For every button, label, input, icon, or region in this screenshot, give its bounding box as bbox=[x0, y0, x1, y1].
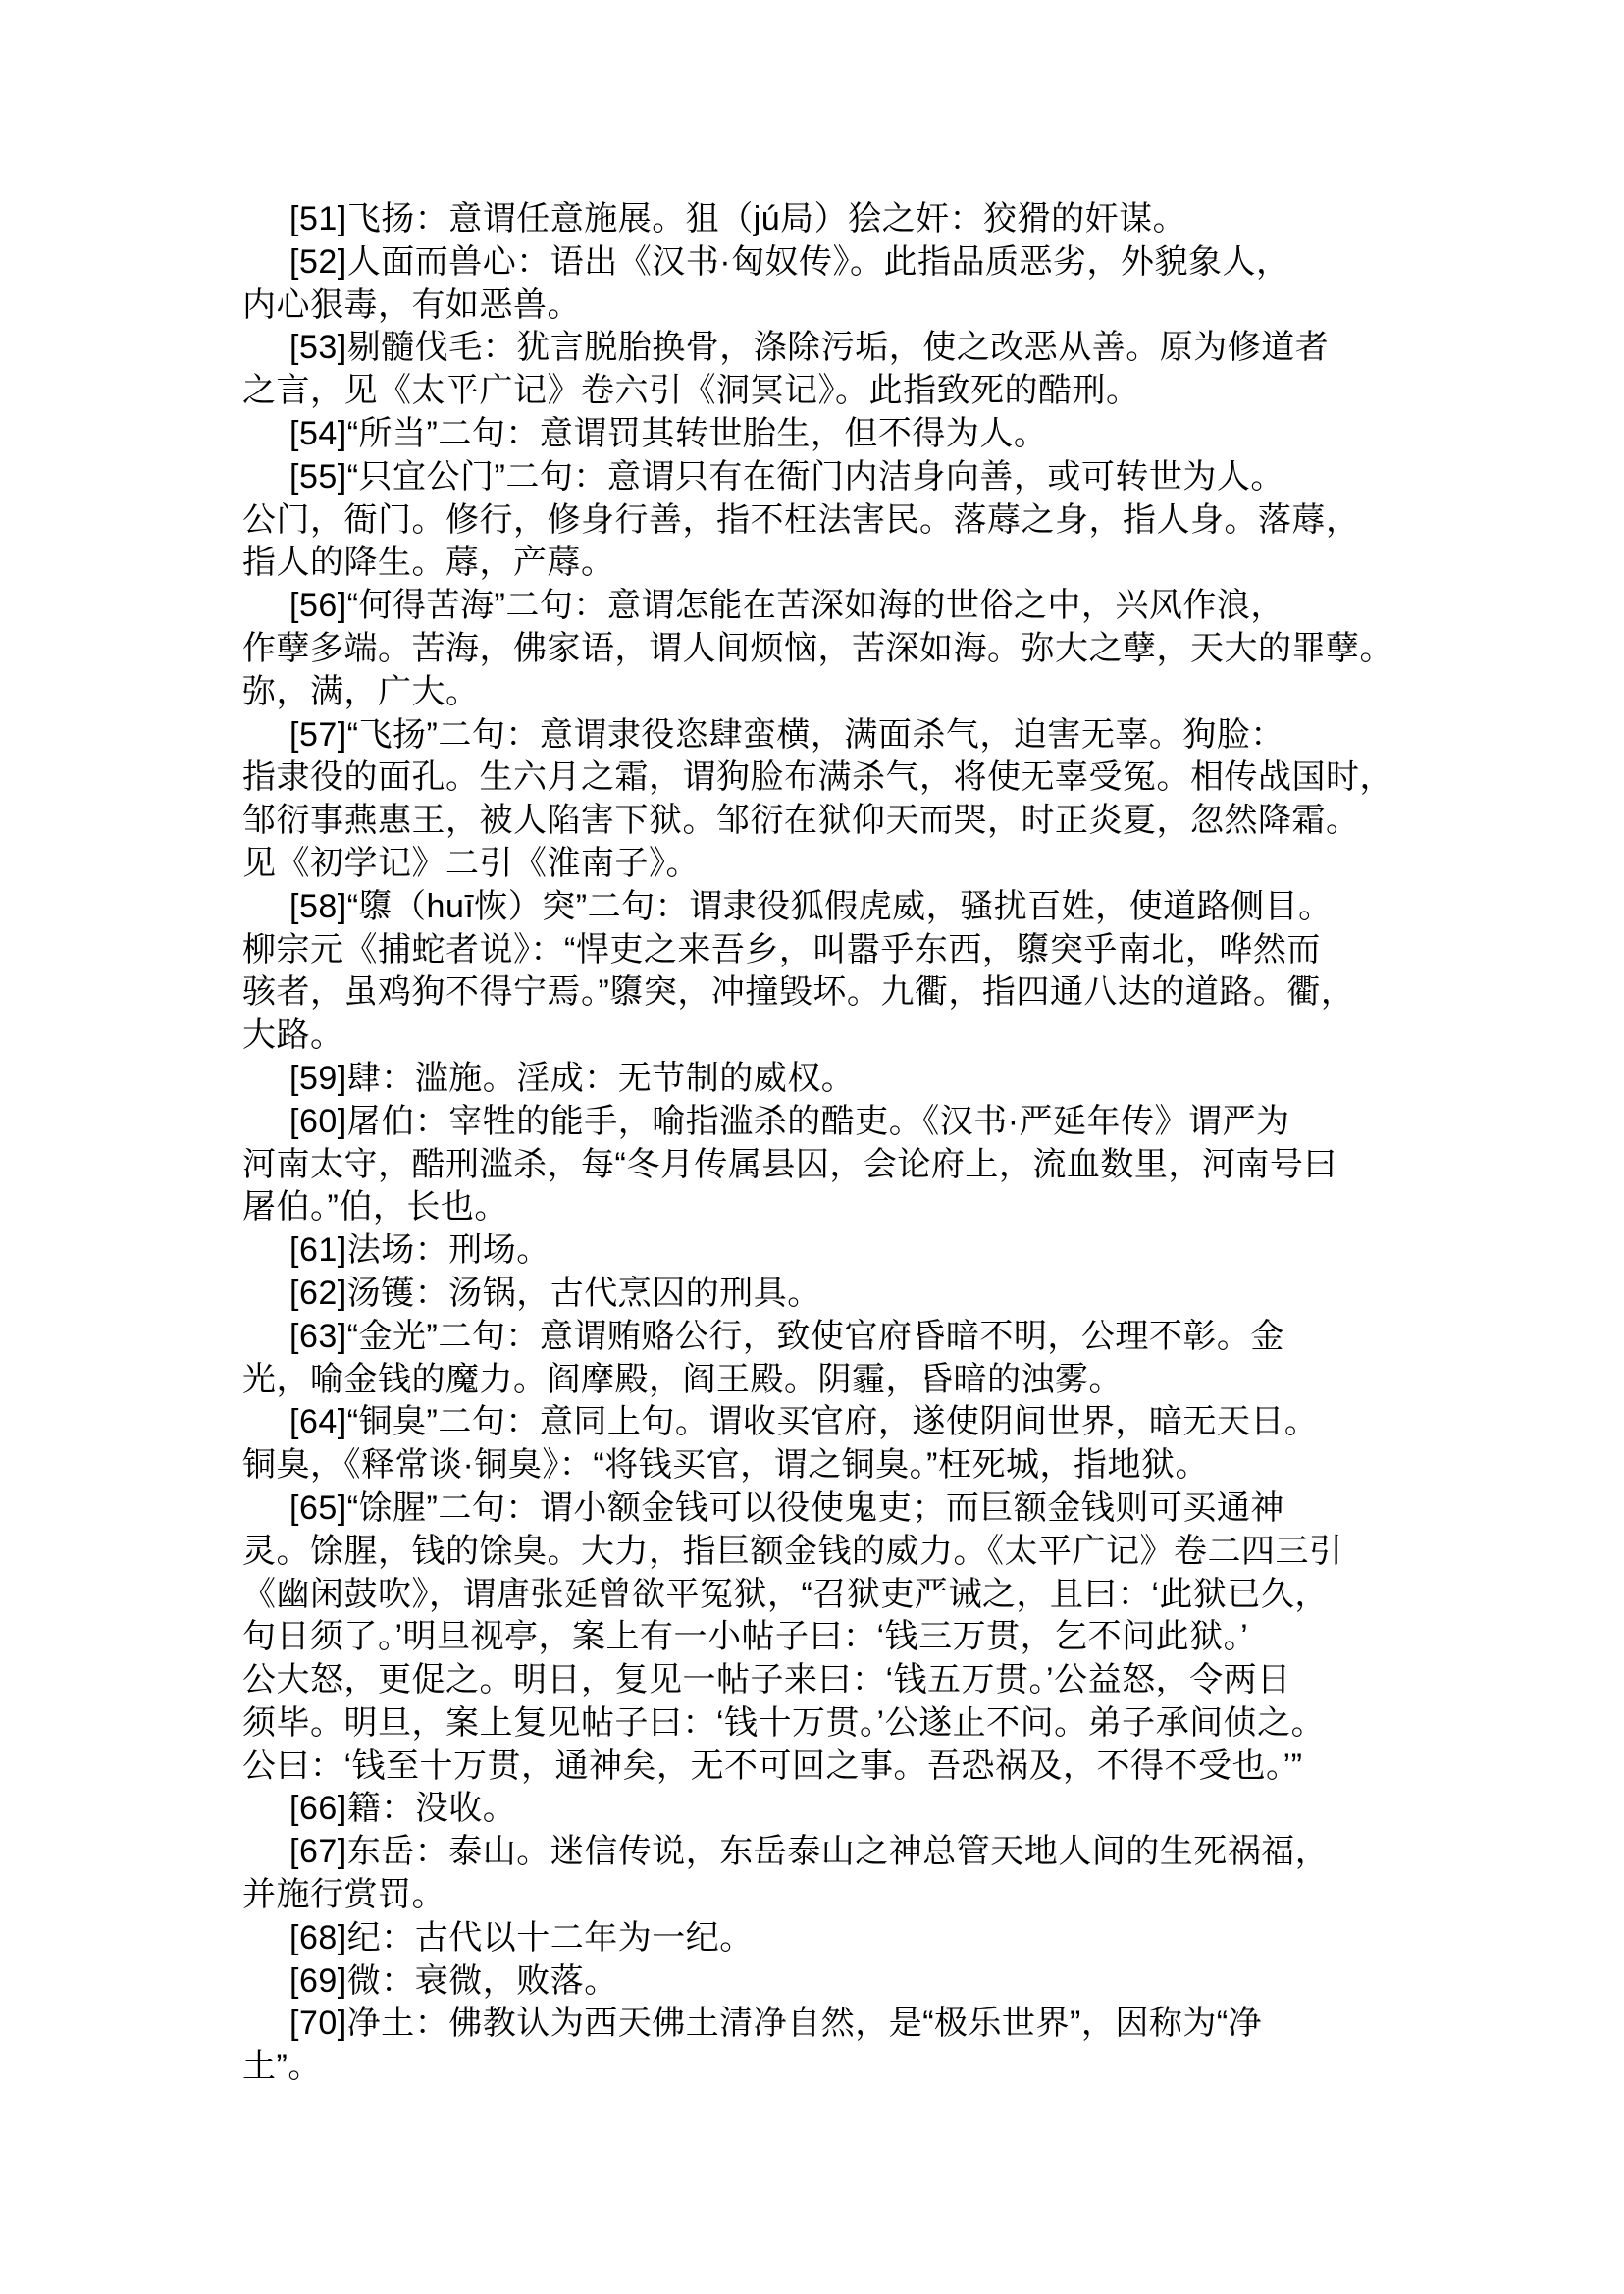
doc-line: 土”。 bbox=[242, 2046, 1425, 2089]
doc-line: [58]“隳（huī恢）突”二句：谓隶役狐假虎威，骚扰百姓，使道路侧目。 bbox=[242, 886, 1425, 929]
doc-line: [61]法场：刑场。 bbox=[242, 1229, 1425, 1273]
doc-line: 公大怒，更促之。明日，复见一帖子来曰：‘钱五万贯。’公益怒，令两日 bbox=[242, 1659, 1425, 1702]
doc-line: 屠伯。”伯，长也。 bbox=[242, 1186, 1425, 1229]
doc-line: [66]籍：没收。 bbox=[242, 1788, 1425, 1831]
doc-line: [51]飞扬：意谓任意施展。狙（jú局）狯之奸：狡猾的奸谋。 bbox=[242, 198, 1425, 241]
doc-line: [57]“飞扬”二句：意谓隶役恣肆蛮横，满面杀气，迫害无辜。狗脸： bbox=[242, 714, 1425, 757]
doc-line: [68]纪：古代以十二年为一纪。 bbox=[242, 1917, 1425, 1960]
doc-line: [64]“铜臭”二句：意同上句。谓收买官府，遂使阴间世界，暗无天日。 bbox=[242, 1401, 1425, 1444]
doc-line: 内心狠毒，有如恶兽。 bbox=[242, 285, 1425, 328]
doc-line: 须毕。明旦，案上复见帖子曰：‘钱十万贯。’公遂止不问。弟子承间侦之。 bbox=[242, 1702, 1425, 1746]
doc-line: 骇者，虽鸡狗不得宁焉。”隳突，冲撞毁坏。九衢，指四通八达的道路。衢， bbox=[242, 971, 1425, 1015]
doc-line: [69]微：衰微，败落。 bbox=[242, 1960, 1425, 2004]
doc-line: [56]“何得苦海”二句：意谓怎能在苦深如海的世俗之中，兴风作浪， bbox=[242, 585, 1425, 628]
doc-line: 弥，满，广大。 bbox=[242, 671, 1425, 714]
doc-line: 指隶役的面孔。生六月之霜，谓狗脸布满杀气，将使无辜受冤。相传战国时， bbox=[242, 756, 1425, 800]
doc-line: 大路。 bbox=[242, 1015, 1425, 1058]
doc-line: [54]“所当”二句：意谓罚其转世胎生，但不得为人。 bbox=[242, 413, 1425, 456]
doc-line: [67]东岳：泰山。迷信传说，东岳泰山之神总管天地人间的生死祸福， bbox=[242, 1831, 1425, 1874]
doc-line: [53]剔髓伐毛：犹言脱胎换骨，涤除污垢，使之改恶从善。原为修道者 bbox=[242, 327, 1425, 370]
doc-line: [52]人面而兽心：语出《汉书·匈奴传》。此指品质恶劣，外貌象人， bbox=[242, 241, 1425, 285]
doc-line: [62]汤镬：汤锅，古代烹囚的刑具。 bbox=[242, 1273, 1425, 1316]
doc-line: [70]净土：佛教认为西天佛土清净自然，是“极乐世界”，因称为“净 bbox=[242, 2003, 1425, 2046]
doc-line: 灵。馀腥，钱的馀臭。大力，指巨额金钱的威力。《太平广记》卷二四三引 bbox=[242, 1531, 1425, 1574]
doc-line: 柳宗元《捕蛇者说》：“悍吏之来吾乡，叫嚣乎东西，隳突乎南北，哗然而 bbox=[242, 929, 1425, 972]
doc-line: [65]“馀腥”二句：谓小额金钱可以役使鬼吏；而巨额金钱则可买通神 bbox=[242, 1487, 1425, 1531]
doc-line: 光，喻金钱的魔力。阎摩殿，阎王殿。阴霾，昏暗的浊雾。 bbox=[242, 1359, 1425, 1402]
doc-line: [60]屠伯：宰牲的能手，喻指滥杀的酷吏。《汉书·严延年传》谓严为 bbox=[242, 1101, 1425, 1144]
doc-line: 作孽多端。苦海，佛家语，谓人间烦恼，苦深如海。弥大之孽，天大的罪孽。 bbox=[242, 628, 1425, 671]
doc-line: 《幽闲鼓吹》，谓唐张延曾欲平冤狱，“召狱吏严诫之，且曰：‘此狱已久， bbox=[242, 1574, 1425, 1617]
doc-line: 铜臭，《释常谈·铜臭》：“将钱买官，谓之铜臭。”枉死城，指地狱。 bbox=[242, 1444, 1425, 1487]
doc-line: 并施行赏罚。 bbox=[242, 1874, 1425, 1917]
doc-line: 邹衍事燕惠王，被人陷害下狱。邹衍在狱仰天而哭，时正炎夏，忽然降霜。 bbox=[242, 800, 1425, 843]
doc-line: [59]肆：滥施。淫成：无节制的威权。 bbox=[242, 1058, 1425, 1101]
doc-line: 句日须了。’明旦视亭，案上有一小帖子曰：‘钱三万贯，乞不问此狱。’ bbox=[242, 1616, 1425, 1659]
doc-line: [55]“只宜公门”二句：意谓只有在衙门内洁身向善，或可转世为人。 bbox=[242, 456, 1425, 499]
doc-line: 公门，衙门。修行，修身行善，指不枉法害民。落蓐之身，指人身。落蓐， bbox=[242, 499, 1425, 543]
doc-line: 公曰：‘钱至十万贯，通神矣，无不可回之事。吾恐祸及，不得不受也。’” bbox=[242, 1746, 1425, 1789]
notes-text-block: [51]飞扬：意谓任意施展。狙（jú局）狯之奸：狡猾的奸谋。 [52]人面而兽心… bbox=[242, 198, 1425, 2089]
doc-line: [63]“金光”二句：意谓贿赂公行，致使官府昏暗不明，公理不彰。金 bbox=[242, 1316, 1425, 1359]
doc-line: 之言，见《太平广记》卷六引《洞冥记》。此指致死的酷刑。 bbox=[242, 370, 1425, 413]
doc-line: 见《初学记》二引《淮南子》。 bbox=[242, 843, 1425, 886]
doc-line: 河南太守，酷刑滥杀，每“冬月传属县囚，会论府上，流血数里，河南号曰 bbox=[242, 1144, 1425, 1187]
document-page: [51]飞扬：意谓任意施展。狙（jú局）狯之奸：狡猾的奸谋。 [52]人面而兽心… bbox=[0, 0, 1624, 2294]
doc-line: 指人的降生。蓐，产蓐。 bbox=[242, 542, 1425, 585]
